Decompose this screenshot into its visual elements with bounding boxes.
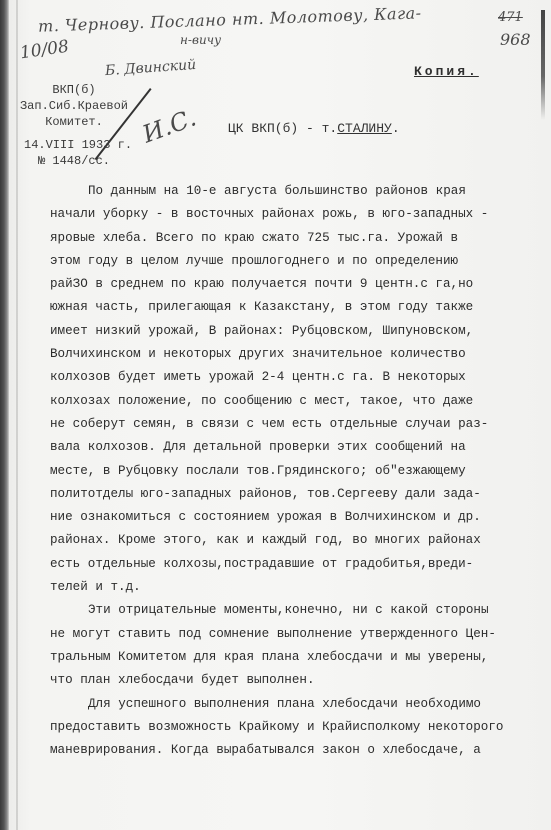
document-date: 14.VIII 1933 г. xyxy=(24,137,132,153)
body-line: этом году в целом лучше прошлогоднего и … xyxy=(50,250,520,273)
body-line: имеет низкий урожай, В районах: Рубцовск… xyxy=(50,320,520,343)
addressee-suffix: . xyxy=(392,121,400,136)
handwritten-note-continuation: н-вичу xyxy=(180,33,221,47)
body-line: районах. Кроме этого, как и каждый год, … xyxy=(50,529,520,552)
archive-number-struck: 471 xyxy=(498,10,523,25)
org-line: Комитет. xyxy=(14,114,134,130)
body-line: Волчихинском и некоторых других значител… xyxy=(50,343,520,366)
addressee: ЦК ВКП(б) - т.СТАЛИНУ. xyxy=(228,121,400,136)
body-line: яровые хлеба. Всего по краю сжато 725 ты… xyxy=(50,227,520,250)
body-line: колхозов будет иметь урожай 2-4 центн.с … xyxy=(50,366,520,389)
letter-body: По данным на 10-е августа большинство ра… xyxy=(50,180,520,762)
body-line: Эти отрицательные моменты,конечно, ни с … xyxy=(50,599,520,622)
body-line: что план хлебосдачи будет выполнен. xyxy=(50,669,520,692)
body-line: есть отдельные колхозы,пострадавшие от г… xyxy=(50,553,520,576)
addressee-prefix: ЦК ВКП(б) - т. xyxy=(228,121,337,136)
body-line: райЗО в среднем по краю получается почти… xyxy=(50,273,520,296)
org-line: Зап.Сиб.Краевой xyxy=(14,98,134,114)
addressee-name: СТАЛИНУ xyxy=(337,121,392,136)
handwritten-date: 10/08 xyxy=(19,37,70,64)
body-line: ние ознакомиться с состоянием урожая в В… xyxy=(50,506,520,529)
body-line: маневрирования. Когда вырабатывался зако… xyxy=(50,739,520,762)
body-line: месте, в Рубцовку послали тов.Грядинског… xyxy=(50,460,520,483)
handwritten-note: т. Чернову. Послано нт. Молотову, Кага- xyxy=(38,3,422,35)
body-line: не соберут семян, в связи с чем есть отд… xyxy=(50,413,520,436)
organization-header: ВКП(б) Зап.Сиб.Краевой Комитет. xyxy=(14,82,134,130)
reference-number: № 1448/сс. xyxy=(24,153,132,169)
body-line: Для успешного выполнения плана хлебосдач… xyxy=(50,693,520,716)
archive-number: 968 xyxy=(500,30,531,49)
body-line: вала колхозов. Для детальной проверки эт… xyxy=(50,436,520,459)
scan-left-edge xyxy=(0,0,9,830)
body-line: колхозах положение, по сообщению с мест,… xyxy=(50,390,520,413)
body-line: тральным Комитетом для края плана хлебос… xyxy=(50,646,520,669)
org-line: ВКП(б) xyxy=(14,82,134,98)
body-line: южная часть, прилегающая к Казакстану, в… xyxy=(50,296,520,319)
handwritten-initials: И.С. xyxy=(139,104,200,149)
scan-right-edge-mark xyxy=(541,10,545,120)
date-block: 14.VIII 1933 г. № 1448/сс. xyxy=(24,137,132,169)
body-line: По данным на 10-е августа большинство ра… xyxy=(50,180,520,203)
copy-label: Копия. xyxy=(414,64,479,79)
body-line: начали уборку - в восточных районах рожь… xyxy=(50,203,520,226)
body-line: не могут ставить под сомнение выполнение… xyxy=(50,623,520,646)
document-page: т. Чернову. Послано нт. Молотову, Кага- … xyxy=(0,0,551,830)
body-line: телей и т.д. xyxy=(50,576,520,599)
handwritten-signature: Б. Двинский xyxy=(105,57,197,79)
body-line: предоставить возможность Крайкому и Край… xyxy=(50,716,520,739)
body-line: политотделы юго-западных районов, тов.Се… xyxy=(50,483,520,506)
